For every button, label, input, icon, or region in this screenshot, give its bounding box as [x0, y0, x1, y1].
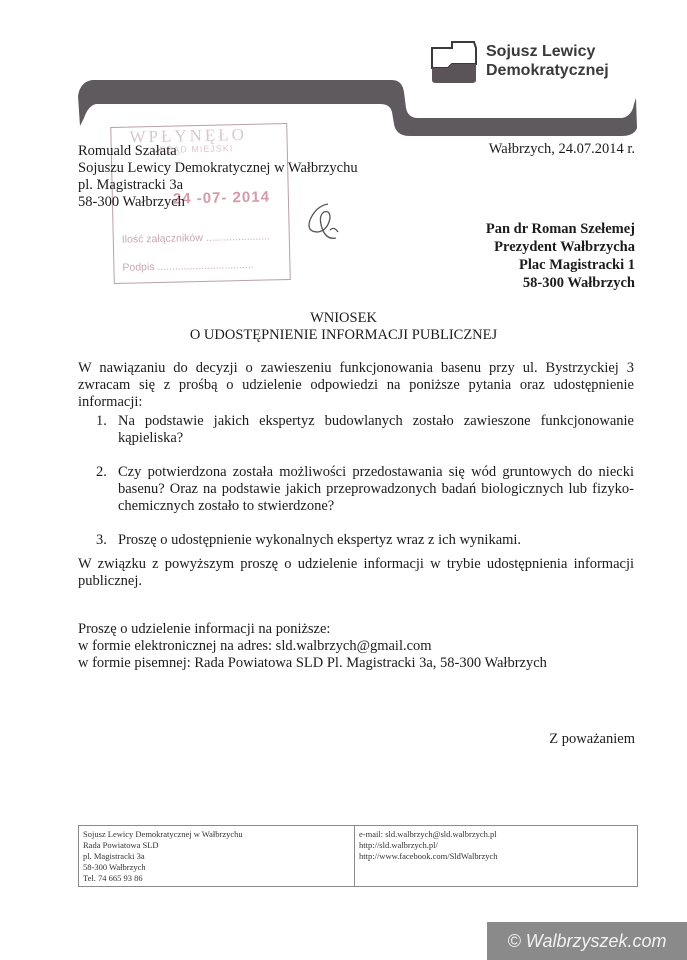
stamp-signature-label: Podpis ................................. — [122, 259, 254, 274]
questions-list: 1. Na podstawie jakich ekspertyz budowla… — [96, 413, 634, 566]
question-text: Proszę o udostępnienie wykonalnych ekspe… — [118, 532, 634, 549]
closing-salutation: Z poważaniem — [549, 731, 635, 748]
sender-line: Sojuszu Lewicy Demokratycznej w Wałbrzyc… — [78, 160, 358, 177]
footer-website: http://sld.walbrzych.pl/ — [359, 840, 633, 851]
watermark: © Walbrzyszek.com — [487, 922, 687, 960]
document-title: WNIOSEK O UDOSTĘPNIENIE INFORMACJI PUBLI… — [0, 310, 687, 344]
question-number: 2. — [96, 464, 118, 515]
question-item: 2. Czy potwierdzona została możliwości p… — [96, 464, 634, 515]
question-number: 1. — [96, 413, 118, 447]
question-text: Na podstawie jakich ekspertyz budowlanyc… — [118, 413, 634, 447]
recipient-line: 58-300 Wałbrzych — [486, 274, 635, 292]
logo-line-2: Demokratycznej — [486, 61, 609, 80]
footer-line: 58-300 Wałbrzych — [83, 862, 350, 873]
delivery-line: w formie pisemnej: Rada Powiatowa SLD Pl… — [78, 655, 634, 672]
footer-line: Rada Powiatowa SLD — [83, 840, 350, 851]
letterhead-footer: Sojusz Lewicy Demokratycznej w Wałbrzych… — [78, 825, 638, 887]
footer-line: pl. Magistracki 3a — [83, 851, 350, 862]
footer-line: Tel. 74 665 93 86 — [83, 873, 350, 884]
delivery-info: Proszę o udzielenie informacji na poniżs… — [78, 621, 634, 672]
sld-logo-icon — [430, 40, 482, 84]
title-line-1: WNIOSEK — [0, 310, 687, 327]
party-logo: Sojusz Lewicy Demokratycznej — [430, 38, 680, 84]
recipient-line: Plac Magistracki 1 — [486, 256, 635, 274]
logo-line-1: Sojusz Lewicy — [486, 42, 609, 61]
sender-line: 58-300 Wałbrzych — [78, 194, 358, 211]
intro-paragraph: W nawiązaniu do decyzji o zawieszeniu fu… — [78, 360, 634, 411]
title-line-2: O UDOSTĘPNIENIE INFORMACJI PUBLICZNEJ — [0, 327, 687, 344]
letter-date: Wałbrzych, 24.07.2014 r. — [489, 141, 635, 158]
delivery-line: w formie elektronicznej na adres: sld.wa… — [78, 638, 634, 655]
conclusion-paragraph: W związku z powyższym proszę o udzieleni… — [78, 556, 634, 590]
footer-facebook: http://www.facebook.com/SldWalbrzych — [359, 851, 633, 862]
recipient-line: Pan dr Roman Szełemej — [486, 220, 635, 238]
recipient-line: Prezydent Wałbrzycha — [486, 238, 635, 256]
sender-line: pl. Magistracki 3a — [78, 177, 358, 194]
delivery-line: Proszę o udzielenie informacji na poniżs… — [78, 621, 634, 638]
footer-line: Sojusz Lewicy Demokratycznej w Wałbrzych… — [83, 829, 350, 840]
question-text: Czy potwierdzona została możliwości prze… — [118, 464, 634, 515]
question-item: 1. Na podstawie jakich ekspertyz budowla… — [96, 413, 634, 447]
question-number: 3. — [96, 532, 118, 549]
footer-contacts: e-mail: sld.walbrzych@sld.walbrzych.pl h… — [355, 826, 637, 886]
question-item: 3. Proszę o udostępnienie wykonalnych ek… — [96, 532, 634, 549]
footer-address: Sojusz Lewicy Demokratycznej w Wałbrzych… — [79, 826, 355, 886]
footer-email: e-mail: sld.walbrzych@sld.walbrzych.pl — [359, 829, 633, 840]
sender-address: Romuald Szałata Sojuszu Lewicy Demokraty… — [78, 143, 358, 211]
sender-line: Romuald Szałata — [78, 143, 358, 160]
recipient-address: Pan dr Roman Szełemej Prezydent Wałbrzyc… — [486, 220, 635, 292]
stamp-attachments-label: Ilość załączników ...................... — [122, 230, 270, 245]
